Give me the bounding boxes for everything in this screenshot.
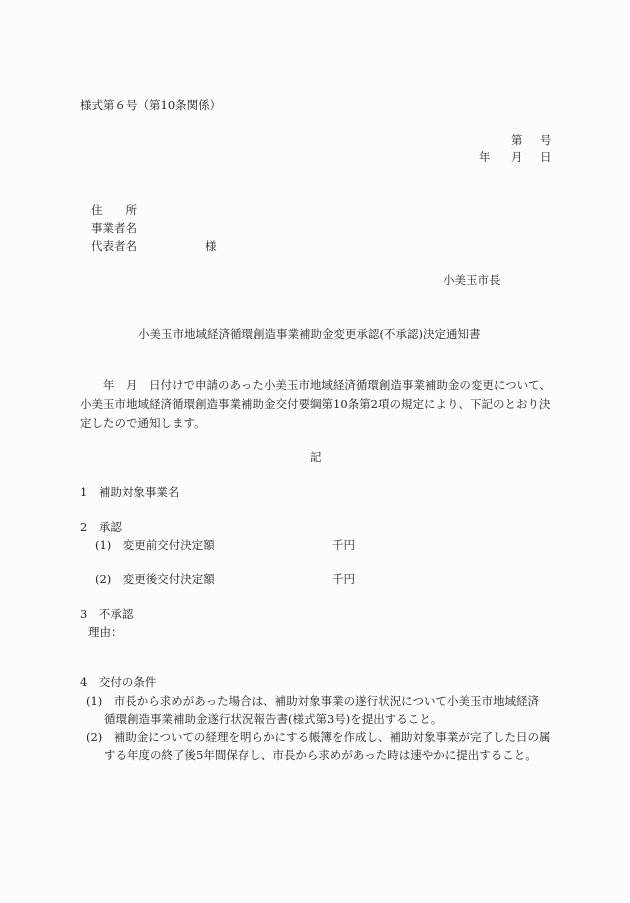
body-line-2: 小美玉市地域経済循環創造事業補助金交付要綱第10条第2項の規定により、下記のとお…: [80, 395, 560, 414]
body-line-1: 年 月 日付けで申請のあった小美玉市地域経済循環創造事業補助金の変更について、: [80, 376, 560, 395]
condition-1-line-2: 循環創造事業補助金遂行状況報告書(様式第3号)を提出すること。: [104, 712, 442, 726]
after-change-amount-unit: 千円: [332, 572, 355, 586]
before-change-amount-label: (1) 変更前交付決定額: [95, 538, 215, 552]
address-label: 住 所: [91, 203, 137, 217]
ki-marker: 記: [310, 450, 322, 464]
date-year: 年: [479, 150, 491, 164]
section-2-heading: 2 承認: [80, 520, 122, 534]
number-label-go: 号: [540, 133, 552, 147]
honorific: 様: [205, 239, 217, 253]
section-1-heading: 1 補助対象事業名: [80, 485, 179, 499]
number-label-dai: 第: [511, 133, 523, 147]
business-name-label: 事業者名: [91, 221, 137, 235]
body-line-3: 定したので通知します。: [80, 414, 560, 433]
document-title: 小美玉市地域経済循環創造事業補助金変更承認(不承認)決定通知書: [138, 327, 480, 341]
condition-2-line-2: する年度の終了後5年間保存し、市長から求めがあった時は速やかに提出すること。: [104, 748, 537, 762]
form-label: 様式第６号（第10条関係）: [80, 98, 221, 112]
body-paragraph: 年 月 日付けで申請のあった小美玉市地域経済循環創造事業補助金の変更について、 …: [80, 376, 560, 433]
before-change-amount-unit: 千円: [332, 538, 355, 552]
reason-label: 理由：: [88, 625, 123, 639]
condition-2-line-1: (2) 補助金についての経理を明らかにする帳簿を作成し、補助対象事業が完了した日…: [86, 730, 551, 744]
date-month: 月: [511, 150, 523, 164]
section-3-heading: 3 不承認: [80, 607, 133, 621]
representative-label: 代表者名: [91, 239, 137, 253]
after-change-amount-label: (2) 変更後交付決定額: [95, 572, 215, 586]
issuer: 小美玉市長: [443, 273, 501, 287]
date-day: 日: [540, 150, 552, 164]
condition-1-line-1: (1) 市長から求めがあった場合は、補助対象事業の遂行状況について小美玉市地域経…: [86, 694, 539, 708]
section-4-heading: 4 交付の条件: [80, 675, 156, 689]
